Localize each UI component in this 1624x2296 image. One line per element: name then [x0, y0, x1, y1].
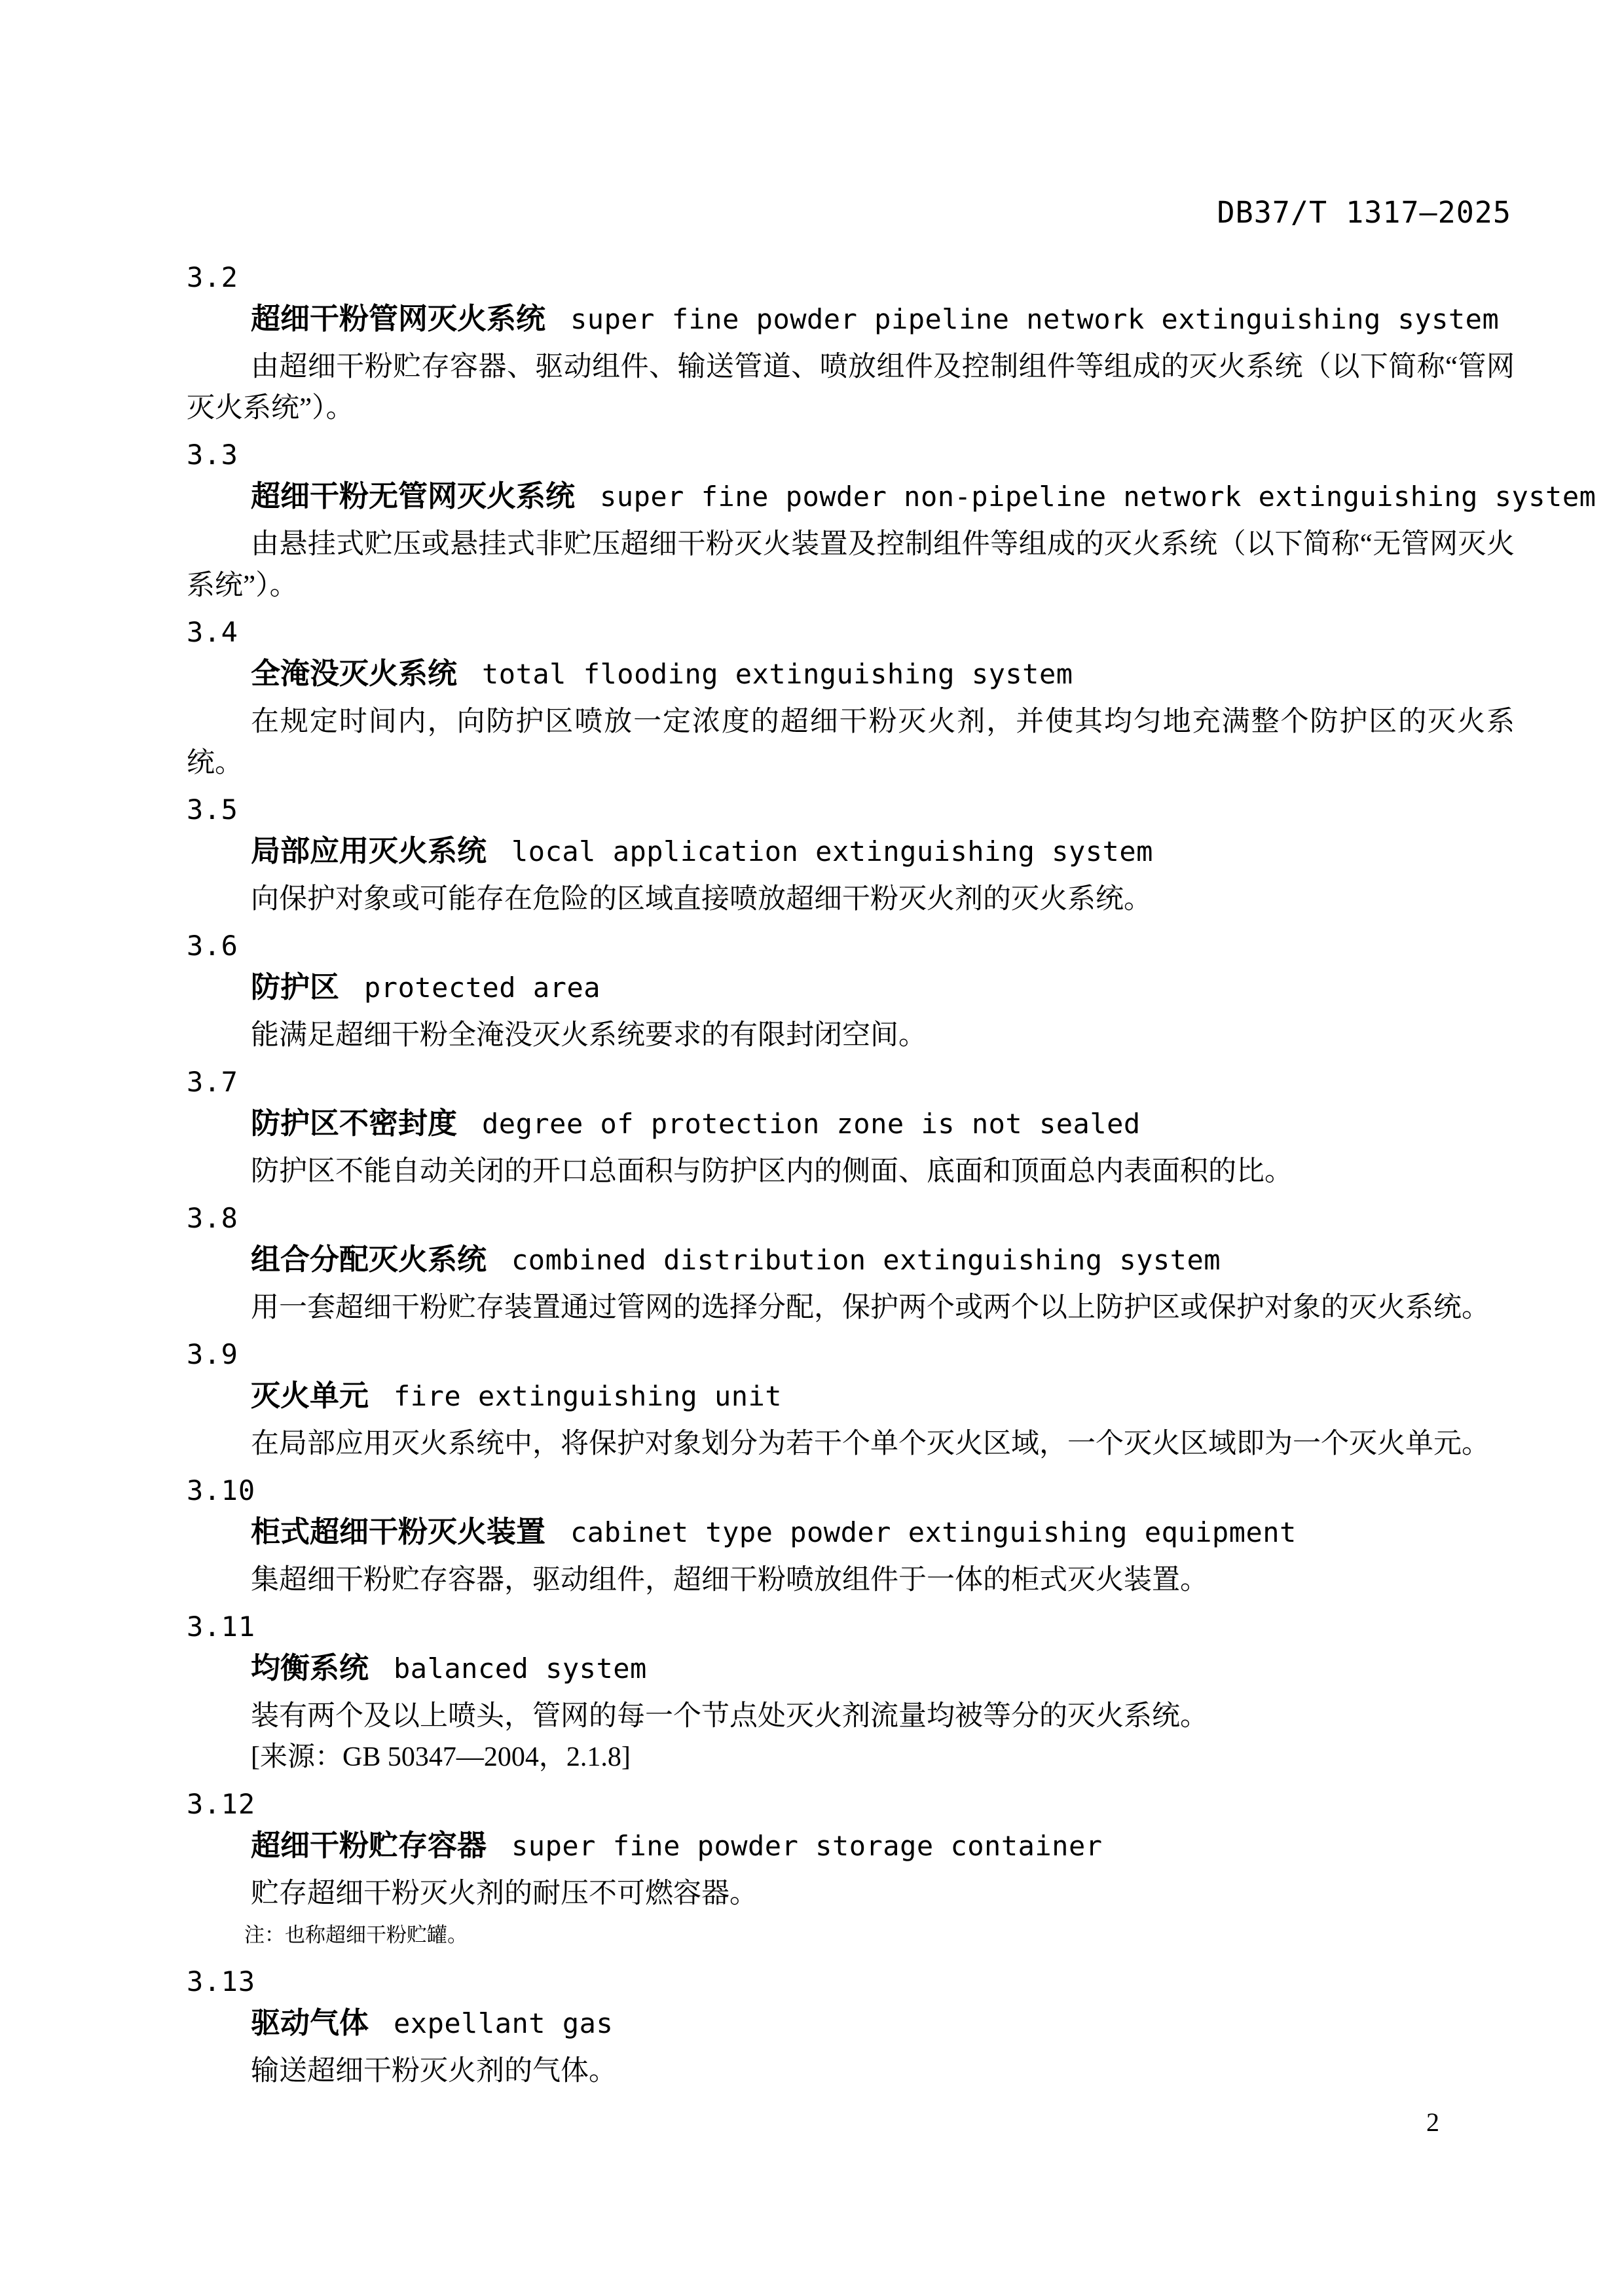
term-chinese: 超细干粉无管网灭火系统: [251, 479, 575, 513]
term-english: total flooding extinguishing system: [482, 658, 1073, 690]
term-english: balanced system: [394, 1652, 647, 1685]
page-number: 2: [1426, 2107, 1439, 2138]
term-english: degree of protection zone is not sealed: [482, 1108, 1141, 1140]
term-line: 灭火单元fire extinguishing unit: [187, 1375, 1515, 1423]
term-chinese: 柜式超细干粉灭火装置: [251, 1515, 545, 1548]
term-section: 3.4全淹没灭火系统total flooding extinguishing s…: [187, 611, 1515, 784]
term-chinese: 全淹没灭火系统: [251, 657, 457, 690]
term-section: 3.5局部应用灭火系统local application extinguishi…: [187, 789, 1515, 920]
term-section: 3.10柜式超细干粉灭火装置cabinet type powder exting…: [187, 1470, 1515, 1601]
terms-and-definitions-content: 3.2超细干粉管网灭火系统super fine powder pipeline …: [187, 257, 1515, 2092]
section-number: 3.10: [187, 1470, 1515, 1511]
term-section: 3.7防护区不密封度degree of protection zone is n…: [187, 1061, 1515, 1192]
section-number: 3.3: [187, 434, 1515, 475]
term-line: 柜式超细干粉灭火装置cabinet type powder extinguish…: [187, 1511, 1515, 1559]
term-chinese: 局部应用灭火系统: [251, 834, 487, 867]
definition-text: 装有两个及以上喷头，管网的每一个节点处灭火剂流量均被等分的灭火系统。: [187, 1696, 1515, 1737]
term-chinese: 防护区不密封度: [251, 1106, 457, 1140]
definition-text: 贮存超细干粉灭火剂的耐压不可燃容器。: [187, 1873, 1515, 1914]
term-line: 局部应用灭火系统local application extinguishing …: [187, 830, 1515, 879]
term-chinese: 灭火单元: [251, 1379, 369, 1412]
term-english: protected area: [364, 972, 600, 1004]
term-section: 3.8组合分配灭火系统combined distribution extingu…: [187, 1197, 1515, 1328]
section-number: 3.8: [187, 1197, 1515, 1239]
term-section: 3.3超细干粉无管网灭火系统super fine powder non-pipe…: [187, 434, 1515, 606]
definition-text: 由超细干粉贮存容器、驱动组件、输送管道、喷放组件及控制组件等组成的灭火系统（以下…: [187, 346, 1515, 429]
section-number: 3.9: [187, 1334, 1515, 1375]
term-english: super fine powder storage container: [511, 1830, 1103, 1862]
term-line: 驱动气体expellant gas: [187, 2002, 1515, 2050]
section-number: 3.6: [187, 925, 1515, 966]
term-english: combined distribution extinguishing syst…: [511, 1244, 1221, 1276]
term-section: 3.2超细干粉管网灭火系统super fine powder pipeline …: [187, 257, 1515, 429]
section-number: 3.13: [187, 1961, 1515, 2002]
section-number: 3.4: [187, 611, 1515, 653]
term-english: super fine powder pipeline network extin…: [570, 303, 1499, 335]
definition-text: 集超细干粉贮存容器，驱动组件，超细干粉喷放组件于一体的柜式灭火装置。: [187, 1559, 1515, 1601]
note-text: 注：也称超细干粉贮罐。: [187, 1914, 1515, 1956]
definition-text: 向保护对象或可能存在危险的区域直接喷放超细干粉灭火剂的灭火系统。: [187, 879, 1515, 920]
term-line: 超细干粉管网灭火系统super fine powder pipeline net…: [187, 298, 1515, 346]
section-number: 3.2: [187, 257, 1515, 298]
definition-text: 在局部应用灭火系统中，将保护对象划分为若干个单个灭火区域，一个灭火区域即为一个灭…: [187, 1423, 1515, 1465]
term-line: 超细干粉贮存容器super fine powder storage contai…: [187, 1825, 1515, 1873]
term-chinese: 防护区: [251, 970, 339, 1004]
term-chinese: 均衡系统: [251, 1651, 369, 1685]
term-english: expellant gas: [394, 2007, 613, 2039]
definition-text: 用一套超细干粉贮存装置通过管网的选择分配，保护两个或两个以上防护区或保护对象的灭…: [187, 1287, 1515, 1328]
term-chinese: 驱动气体: [251, 2006, 369, 2039]
term-line: 防护区不密封度degree of protection zone is not …: [187, 1102, 1515, 1151]
term-section: 3.9灭火单元fire extinguishing unit在局部应用灭火系统中…: [187, 1334, 1515, 1465]
term-section: 3.11均衡系统balanced system装有两个及以上喷头，管网的每一个节…: [187, 1606, 1515, 1778]
section-number: 3.12: [187, 1783, 1515, 1825]
standard-code-header: DB37/T 1317—2025: [1217, 196, 1511, 229]
definition-text: 由悬挂式贮压或悬挂式非贮压超细干粉灭火装置及控制组件等组成的灭火系统（以下简称“…: [187, 524, 1515, 606]
term-english: cabinet type powder extinguishing equipm…: [570, 1516, 1297, 1548]
term-line: 全淹没灭火系统total flooding extinguishing syst…: [187, 653, 1515, 701]
document-page: DB37/T 1317—2025 3.2超细干粉管网灭火系统super fine…: [0, 0, 1624, 2296]
definition-text: 在规定时间内，向防护区喷放一定浓度的超细干粉灭火剂，并使其均匀地充满整个防护区的…: [187, 701, 1515, 784]
source-reference: [来源：GB 50347—2004，2.1.8]: [187, 1737, 1515, 1778]
term-section: 3.13驱动气体expellant gas输送超细干粉灭火剂的气体。: [187, 1961, 1515, 2092]
term-chinese: 超细干粉管网灭火系统: [251, 302, 545, 335]
definition-text: 输送超细干粉灭火剂的气体。: [187, 2050, 1515, 2092]
definition-text: 能满足超细干粉全淹没灭火系统要求的有限封闭空间。: [187, 1015, 1515, 1056]
section-number: 3.7: [187, 1061, 1515, 1102]
term-chinese: 组合分配灭火系统: [251, 1243, 487, 1276]
term-line: 超细干粉无管网灭火系统super fine powder non-pipelin…: [187, 475, 1515, 524]
definition-text: 防护区不能自动关闭的开口总面积与防护区内的侧面、底面和顶面总内表面积的比。: [187, 1151, 1515, 1192]
term-section: 3.12超细干粉贮存容器super fine powder storage co…: [187, 1783, 1515, 1956]
term-english: local application extinguishing system: [511, 835, 1153, 867]
term-line: 均衡系统balanced system: [187, 1647, 1515, 1696]
term-english: fire extinguishing unit: [394, 1380, 782, 1412]
section-number: 3.11: [187, 1606, 1515, 1647]
term-line: 防护区protected area: [187, 966, 1515, 1015]
section-number: 3.5: [187, 789, 1515, 830]
term-chinese: 超细干粉贮存容器: [251, 1829, 487, 1862]
term-line: 组合分配灭火系统combined distribution extinguish…: [187, 1239, 1515, 1287]
term-section: 3.6防护区protected area能满足超细干粉全淹没灭火系统要求的有限封…: [187, 925, 1515, 1056]
term-english: super fine powder non-pipeline network e…: [600, 481, 1596, 513]
